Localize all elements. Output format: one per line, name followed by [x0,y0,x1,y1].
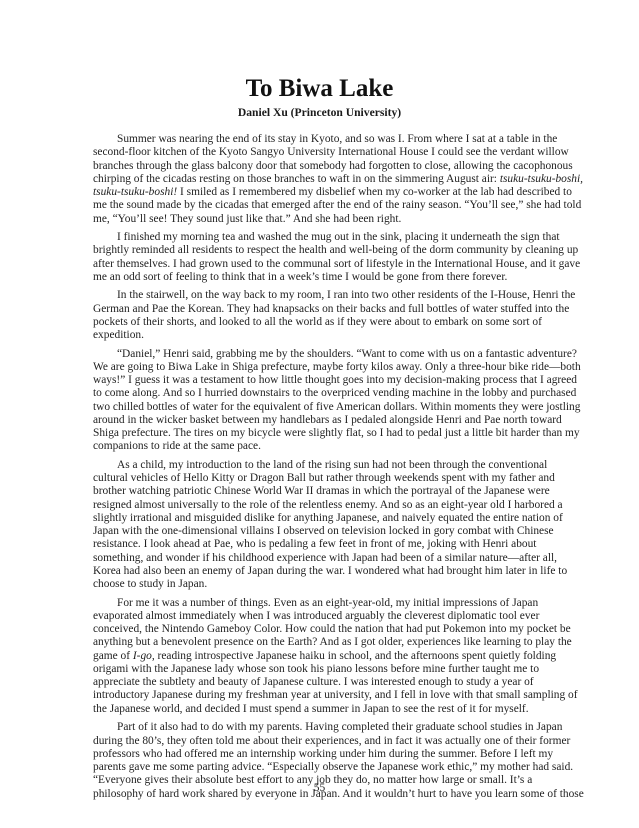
text-segment: I smiled as I remembered my disbelief wh… [177,186,572,198]
text-line: to come along. And so I hurried downstai… [93,387,563,400]
text-segment: chirping of the cicadas resting on those… [93,173,500,185]
text-line: pockets of their shorts, and looked to a… [93,316,563,329]
text-line: parents gave me some parting advice. “Es… [93,761,563,774]
article-body: Summer was nearing the end of its stay i… [93,133,563,806]
text-line: chirping of the cicadas resting on those… [93,173,563,186]
text-line: two chilled bottles of water for the equ… [93,401,563,414]
text-line: professors who had offered me an interns… [93,748,563,761]
text-line: Part of it also had to do with my parent… [93,721,563,734]
italic-text: tsuku-tsuku-boshi! [93,186,177,198]
article-title: To Biwa Lake [0,74,639,104]
italic-text: I-go, [133,650,155,662]
text-line: We are going to Biwa Lake in Shiga prefe… [93,361,563,374]
text-line: brightly reminded all residents to respe… [93,244,563,257]
text-line: second-floor kitchen of the Kyoto Sangyo… [93,146,563,159]
text-line: cultural vehicles of Hello Kitty or Drag… [93,472,563,485]
text-segment: reading introspective Japanese haiku in … [155,650,556,662]
text-line: Korea had also been an enemy of Japan du… [93,565,563,578]
text-line: game of I-go, reading introspective Japa… [93,650,563,663]
paragraph-1: Summer was nearing the end of its stay i… [93,133,563,226]
document-page: To Biwa Lake Daniel Xu (Princeton Univer… [0,0,639,828]
text-line: me an odd sort of feeling to think that … [93,271,563,284]
text-line: around in the wicker basket between my h… [93,414,563,427]
text-line: origami with the Japanese lady whose son… [93,663,563,676]
paragraph-3: In the stairwell, on the way back to my … [93,289,563,342]
text-line: tsuku-tsuku-boshi! I smiled as I remembe… [93,186,563,199]
text-line: expedition. [93,329,563,342]
text-line: branches through the glass balcony door … [93,160,563,173]
text-line: brother watching patriotic Chinese World… [93,485,563,498]
paragraph-5: As a child, my introduction to the land … [93,459,563,592]
text-line: For me it was a number of things. Even a… [93,597,563,610]
italic-text: tsuku-tsuku-boshi, [500,173,583,185]
text-line: the Japanese world, and decided I must s… [93,703,563,716]
text-line: after themselves. I had grown used to th… [93,258,563,271]
text-line: As a child, my introduction to the land … [93,459,563,472]
text-line: companions to ride at the same pace. [93,440,563,453]
text-line: “Daniel,” Henri said, grabbing me by the… [93,348,563,361]
text-line: German and Pae the Korean. They had knap… [93,303,563,316]
text-line: Shiga prefecture. The tires on my bicycl… [93,427,563,440]
text-line: Summer was nearing the end of its stay i… [93,133,563,146]
text-line: conceived, the Nintendo Gameboy Color. H… [93,623,563,636]
text-line: appreciate the subtlety and beauty of Ja… [93,676,563,689]
text-line: during the 80’s, they often told me abou… [93,735,563,748]
text-line: evaporated almost immediately when I was… [93,610,563,623]
text-segment: game of [93,650,133,662]
text-line: me, “You’ll see! They sound just like th… [93,213,563,226]
article-author: Daniel Xu (Princeton University) [0,106,639,120]
text-line: Japan with the one-dimensional villains … [93,525,563,538]
text-line: resigned almost universally to the role … [93,499,563,512]
text-line: anything but a benevolent presence on th… [93,636,563,649]
paragraph-6: For me it was a number of things. Even a… [93,597,563,716]
text-line: In the stairwell, on the way back to my … [93,289,563,302]
page-number: 55 [0,782,639,794]
paragraph-4: “Daniel,” Henri said, grabbing me by the… [93,348,563,454]
text-line: I finished my morning tea and washed the… [93,231,563,244]
text-line: introductory Japanese during my freshman… [93,689,563,702]
text-line: something, and wonder if his childhood e… [93,552,563,565]
text-line: ways!” I guess it was a testament to how… [93,374,563,387]
paragraph-2: I finished my morning tea and washed the… [93,231,563,284]
text-line: resistance. I look ahead at Pae, who is … [93,538,563,551]
text-line: choose to study in Japan. [93,578,563,591]
text-line: me the sound made by the cicadas that em… [93,199,563,212]
text-line: slightly irrational and misguided dislik… [93,512,563,525]
